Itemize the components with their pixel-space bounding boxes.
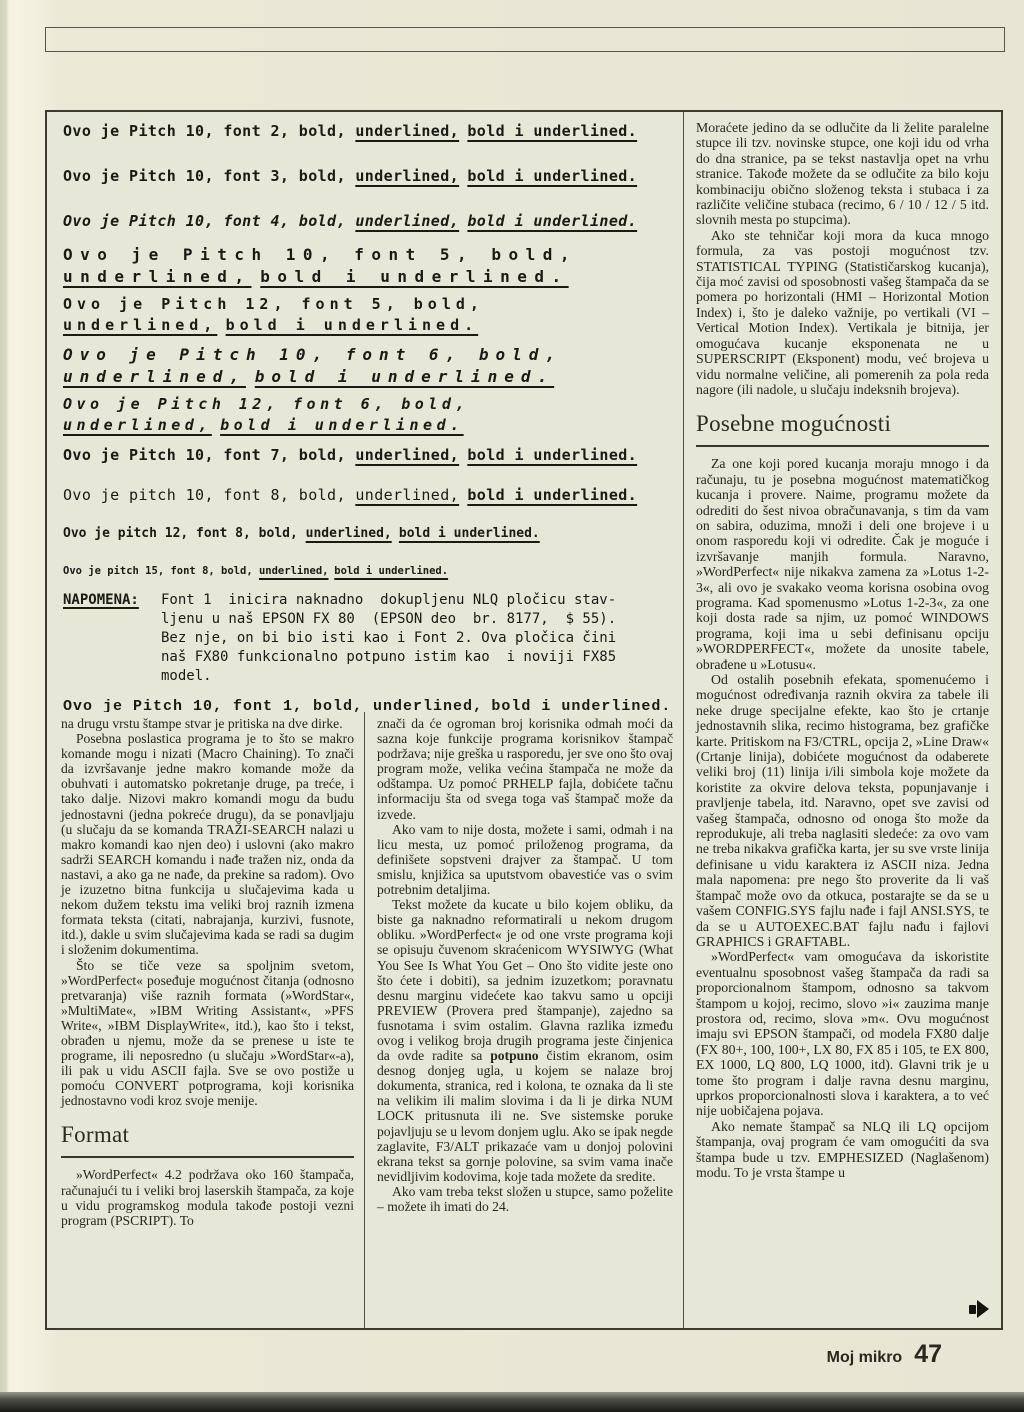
printer-font-samples: Ovo je Pitch 10, font 2, bold, underline… bbox=[47, 112, 683, 712]
sample-line-font6-pitch12: Ovo je Pitch 12, font 6, bold, underline… bbox=[63, 394, 673, 436]
section-heading-format: Format bbox=[61, 1122, 354, 1158]
sample-underlined: underlined, bbox=[259, 565, 329, 577]
sample-underlined: underlined, bbox=[63, 367, 246, 386]
article-content-box: Ovo je Pitch 10, font 2, bold, underline… bbox=[45, 110, 1003, 1330]
sample-bold-underlined: bold i underlined. bbox=[467, 167, 637, 185]
sample-line-font7-pitch10: Ovo je Pitch 10, font 7, bold, underline… bbox=[63, 446, 673, 464]
sample-line-font4-pitch10: Ovo je Pitch 10, font 4, bold, underline… bbox=[63, 212, 673, 230]
body-columns: na drugu vrstu štampe stvar je pritiska … bbox=[47, 712, 683, 1328]
sample-underlined: underlined, bbox=[306, 526, 392, 541]
sample-text: Ovo je pitch 15, font 8, bold, bbox=[63, 565, 259, 577]
paragraph: Ako vam to nije dosta, možete i sami, od… bbox=[377, 822, 673, 897]
paragraph: Moraćete jedino da se odlučite da li žel… bbox=[696, 120, 989, 228]
sample-bold-underlined: bold i underlined. bbox=[467, 486, 637, 504]
sample-line-font5-pitch12: Ovo je Pitch 12, font 5, bold, underline… bbox=[63, 294, 673, 336]
sample-line-font5-pitch10: Ovo je Pitch 10, font 5, bold, underline… bbox=[63, 244, 673, 288]
paragraph-text: Tekst možete da kucate u bilo kojem obli… bbox=[377, 897, 673, 1063]
paragraph: Ako nemate štampač sa NLQ ili LQ opcijom… bbox=[696, 1119, 989, 1181]
sample-line-font1-pitch10: Ovo je Pitch 10, font 1, bold, underline… bbox=[63, 698, 673, 712]
magazine-page: Ovo je Pitch 10, font 2, bold, underline… bbox=[0, 0, 1024, 1412]
sample-text: Ovo je pitch 12, font 8, bold, bbox=[63, 526, 306, 541]
sample-bold-underlined: bold i underlined. bbox=[399, 526, 540, 541]
sample-bold-underlined: bold i underlined. bbox=[260, 267, 568, 286]
sample-underlined: underlined, bbox=[355, 122, 459, 140]
sample-line-font3-pitch10: Ovo je Pitch 10, font 3, bold, underline… bbox=[63, 167, 673, 185]
sample-text: Ovo je Pitch 10, font 4, bold, bbox=[63, 212, 355, 230]
column-left: na drugu vrstu štampe stvar je pritiska … bbox=[47, 712, 365, 1328]
sample-bold-underlined: bold i underlined. bbox=[491, 698, 671, 712]
column-right: Moraćete jedino da se odlučite da li žel… bbox=[683, 112, 1001, 1328]
paragraph: znači da će ogroman broj korisnika odmah… bbox=[377, 716, 673, 822]
paragraph: Što se tiče veze sa spoljnim svetom, »Wo… bbox=[61, 958, 354, 1109]
arrow-stem bbox=[969, 1305, 976, 1314]
paragraph: Posebna poslastica programa je to što se… bbox=[61, 731, 354, 957]
sample-bold-underlined: bold i underlined. bbox=[220, 416, 464, 434]
sample-text: Ovo je Pitch 10, font 2, bold, bbox=[63, 122, 355, 140]
sample-text: Ovo je Pitch 12, font 6, bold, bbox=[63, 395, 469, 413]
sample-underlined: underlined, bbox=[355, 446, 459, 464]
arrow-triangle bbox=[977, 1300, 989, 1318]
sample-bold-underlined: bold i underlined. bbox=[467, 212, 637, 230]
sample-line-font2-pitch10: Ovo je Pitch 10, font 2, bold, underline… bbox=[63, 122, 673, 140]
sample-underlined: underlined, bbox=[373, 698, 483, 712]
sample-underlined: underlined, bbox=[63, 416, 212, 434]
emphasized-word: potpuno bbox=[490, 1048, 538, 1063]
napomena-text: Font 1 inicira naknadno dokupljenu NLQ p… bbox=[161, 591, 673, 686]
paragraph-text: čistim ekranom, osim desnog donjeg ugla,… bbox=[377, 1048, 673, 1184]
sample-text: Ovo je Pitch 10, font 3, bold, bbox=[63, 167, 355, 185]
sample-line-font8-pitch15: Ovo je pitch 15, font 8, bold, underline… bbox=[63, 565, 673, 577]
paragraph: »WordPerfect« 4.2 podržava oko 160 štamp… bbox=[61, 1167, 354, 1227]
sample-text: Ovo je pitch 10, font 8, bold, bbox=[63, 486, 355, 504]
sample-bold-underlined: bold i underlined. bbox=[467, 446, 637, 464]
sample-underlined: underlined, bbox=[355, 212, 459, 230]
paragraph: Ako vam treba tekst složen u stupce, sam… bbox=[377, 1184, 673, 1214]
paragraph: »WordPerfect« vam omogućava da iskoristi… bbox=[696, 949, 989, 1118]
page-number: 47 bbox=[914, 1340, 942, 1369]
sample-text: Ovo je Pitch 10, font 6, bold, bbox=[63, 345, 562, 364]
column-middle: znači da će ogroman broj korisnika odmah… bbox=[365, 712, 683, 1328]
sample-bold-underlined: bold i underlined. bbox=[255, 367, 554, 386]
sample-underlined: underlined, bbox=[355, 486, 459, 504]
sample-text: Ovo je Pitch 10, font 5, bold, bbox=[63, 245, 577, 264]
continued-next-page-arrow-icon bbox=[969, 1300, 989, 1318]
sample-line-font8-pitch12: Ovo je pitch 12, font 8, bold, underline… bbox=[63, 526, 673, 541]
magazine-title: Moj mikro bbox=[827, 1349, 903, 1367]
left-pane: Ovo je Pitch 10, font 2, bold, underline… bbox=[47, 112, 683, 1328]
paragraph: Tekst možete da kucate u bilo kojem obli… bbox=[377, 897, 673, 1184]
sample-bold-underlined: bold i underlined. bbox=[226, 316, 479, 334]
napomena-note: NAPOMENA: Font 1 inicira naknadno dokupl… bbox=[63, 591, 673, 686]
sample-bold-underlined: bold i underlined. bbox=[334, 565, 448, 577]
page-bottom-edge bbox=[0, 1392, 1024, 1412]
sample-underlined: underlined, bbox=[355, 167, 459, 185]
page-footer: Moj mikro 47 bbox=[827, 1340, 942, 1369]
sample-text: Ovo je Pitch 12, font 5, bold, bbox=[63, 295, 484, 313]
sample-underlined: underlined, bbox=[63, 267, 251, 286]
sample-line-font8-pitch10: Ovo je pitch 10, font 8, bold, underline… bbox=[63, 486, 673, 504]
paragraph: na drugu vrstu štampe stvar je pritiska … bbox=[61, 716, 354, 731]
paragraph: Ako ste tehničar koji mora da kuca mnogo… bbox=[696, 228, 989, 397]
section-heading-posebne-mogucnosti: Posebne mogućnosti bbox=[696, 411, 989, 447]
sample-underlined: underlined, bbox=[63, 316, 217, 334]
paragraph: Za one koji pored kucanja moraju mnogo i… bbox=[696, 456, 989, 672]
sample-text: Ovo je Pitch 10, font 7, bold, bbox=[63, 446, 355, 464]
sample-text: Ovo je Pitch 10, font 1, bold, bbox=[63, 698, 373, 712]
paragraph: Od ostalih posebnih efekata, spomenućemo… bbox=[696, 672, 989, 949]
sample-bold-underlined: bold i underlined. bbox=[467, 122, 637, 140]
napomena-label: NAPOMENA: bbox=[63, 591, 161, 686]
sample-line-font6-pitch10: Ovo je Pitch 10, font 6, bold, underline… bbox=[63, 344, 673, 388]
empty-header-box bbox=[45, 27, 1005, 52]
